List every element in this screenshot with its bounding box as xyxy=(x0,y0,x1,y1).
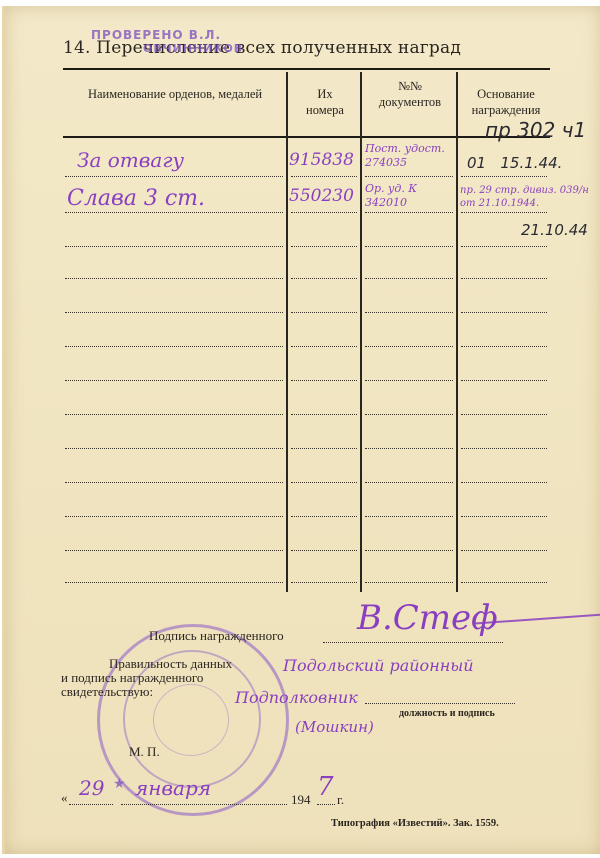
verification-stamp-line2: ОВЧИННИКОВ xyxy=(143,42,243,55)
header-numbers: Их номера xyxy=(297,86,353,118)
row1-basis: 01 15.1.44. xyxy=(467,154,562,172)
header-award-name: Наименование орденов, медалей xyxy=(65,86,285,102)
recipient-signature-line xyxy=(323,642,503,643)
date-open-mark: « xyxy=(61,790,68,806)
date-year-mark: г. xyxy=(337,792,344,808)
seal-placement-label: М. П. xyxy=(129,744,160,760)
column-divider xyxy=(286,72,288,592)
row1-number: 915838 xyxy=(289,150,354,170)
printer-imprint: Типография «Известий». Зак. 1559. xyxy=(331,818,499,829)
official-signature-caption: должность и подпись xyxy=(399,708,495,719)
date-year-suffix: 7 xyxy=(317,772,334,802)
state-emblem-icon xyxy=(153,684,229,756)
table-top-rule xyxy=(63,68,550,70)
date-month-line xyxy=(121,804,287,805)
official-signature-line xyxy=(365,703,515,704)
column-divider xyxy=(360,72,362,592)
date-year-line xyxy=(317,804,335,805)
table-header-rule xyxy=(63,136,550,138)
certification-handwritten-line2: Подполковник xyxy=(235,688,358,707)
recipient-signature-label: Подпись награжденного xyxy=(149,628,284,644)
header-basis: Основание награждения xyxy=(461,86,551,118)
date-month: января xyxy=(135,776,211,800)
certification-handwritten-line1: Подольский районный xyxy=(283,656,474,675)
row1-document: Пост. удост. 274035 xyxy=(365,142,457,170)
header-documents: №№ документов xyxy=(367,78,453,110)
row2-document: Ор. уд. К 342010 xyxy=(365,182,457,210)
row2-number: 550230 xyxy=(289,186,354,206)
certification-handwritten-line3: (Мошкин) xyxy=(295,718,374,736)
certification-label-line3: свидетельствую: xyxy=(61,684,153,700)
row1-award-name: За отвагу xyxy=(77,148,184,172)
recipient-signature: В.Стеф xyxy=(357,598,498,638)
row2-basis: пр. 29 стр. дивиз. 039/н от 21.10.1944. xyxy=(460,184,600,210)
award-record-page: 14. Перечисление всех полученных наград … xyxy=(2,6,600,854)
row2-basis-date: 21.10.44 xyxy=(521,221,588,239)
seal-star-icon: ★ xyxy=(113,776,126,792)
date-day: 29 xyxy=(79,776,104,800)
header-annotation: пр 302 ч1 xyxy=(485,118,586,142)
row2-award-name: Слава 3 ст. xyxy=(67,186,205,211)
date-year-prefix: 194 xyxy=(291,792,311,808)
date-day-line xyxy=(69,804,113,805)
verification-stamp-line1: ПРОВЕРЕНО В.Л. xyxy=(91,28,221,42)
